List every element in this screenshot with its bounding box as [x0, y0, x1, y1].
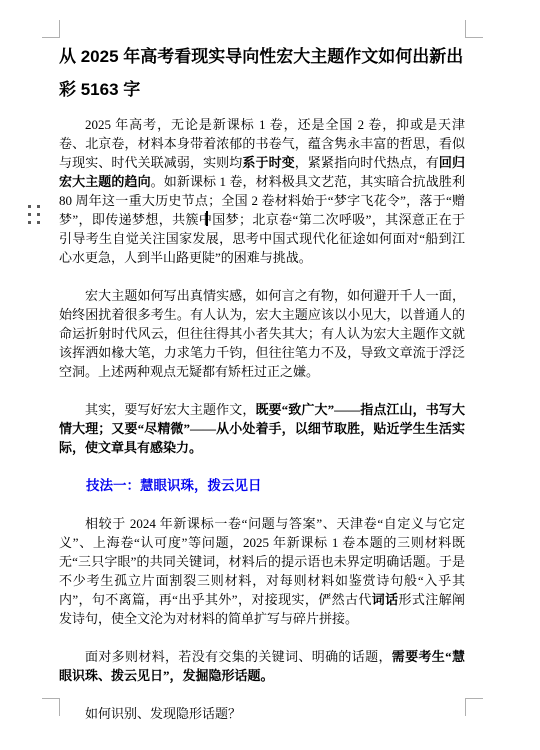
- paragraph-5[interactable]: 面对多则材料，若没有交集的关键词、明确的话题，需要考生“慧眼识珠、拨云见日”，发…: [59, 647, 465, 685]
- paragraph-4[interactable]: 相较于 2024 年新课标一卷“问题与答案”、天津卷“自定义与它定义”、上海卷“…: [59, 514, 465, 628]
- paragraph-text: 如何识别、发现隐形话题？: [85, 706, 241, 721]
- paragraph-text: 面对多则材料，若没有交集的关键词、明确的话题，: [85, 649, 392, 664]
- drag-handle-icon[interactable]: [28, 205, 40, 224]
- margin-mark-top-right-icon: [465, 20, 483, 38]
- document-text-area[interactable]: 从 2025 年高考看现实导向性宏大主题作文如何出新出彩 5163 字 2025…: [59, 37, 465, 742]
- paragraph-text: ，紧紧指向时代热点，有: [295, 155, 439, 170]
- paragraph-1[interactable]: 2025 年高考，无论是新课标 1 卷，还是全国 2 卷，抑或是天津卷、北京卷，…: [59, 115, 465, 267]
- paragraph-6[interactable]: 如何识别、发现隐形话题？: [59, 704, 465, 723]
- document-title[interactable]: 从 2025 年高考看现实导向性宏大主题作文如何出新出彩 5163 字: [59, 40, 465, 106]
- margin-mark-bottom-left-icon: [42, 698, 60, 716]
- bold-run: 系于时变: [242, 155, 294, 170]
- section-heading-1[interactable]: 技法一：慧眼识珠，拨云见日: [59, 476, 465, 495]
- paragraph-text: 其实，要写好宏大主题作文，: [85, 402, 255, 417]
- page: { "page": { "background_color": "#ffffff…: [0, 0, 540, 750]
- margin-mark-bottom-right-icon: [465, 698, 483, 716]
- paragraph-text: 宏大主题如何写出真情实感，如何言之有物，如何避开千人一面，始终困扰着很多考生。有…: [59, 288, 465, 379]
- paragraph-3[interactable]: 其实，要写好宏大主题作文，既要“致广大”——指点江山，书写大情大理；又要“尽精微…: [59, 400, 465, 457]
- bold-run: 词话: [372, 592, 399, 607]
- margin-mark-top-left-icon: [42, 20, 60, 38]
- paragraph-2[interactable]: 宏大主题如何写出真情实感，如何言之有物，如何避开千人一面，始终困扰着很多考生。有…: [59, 286, 465, 381]
